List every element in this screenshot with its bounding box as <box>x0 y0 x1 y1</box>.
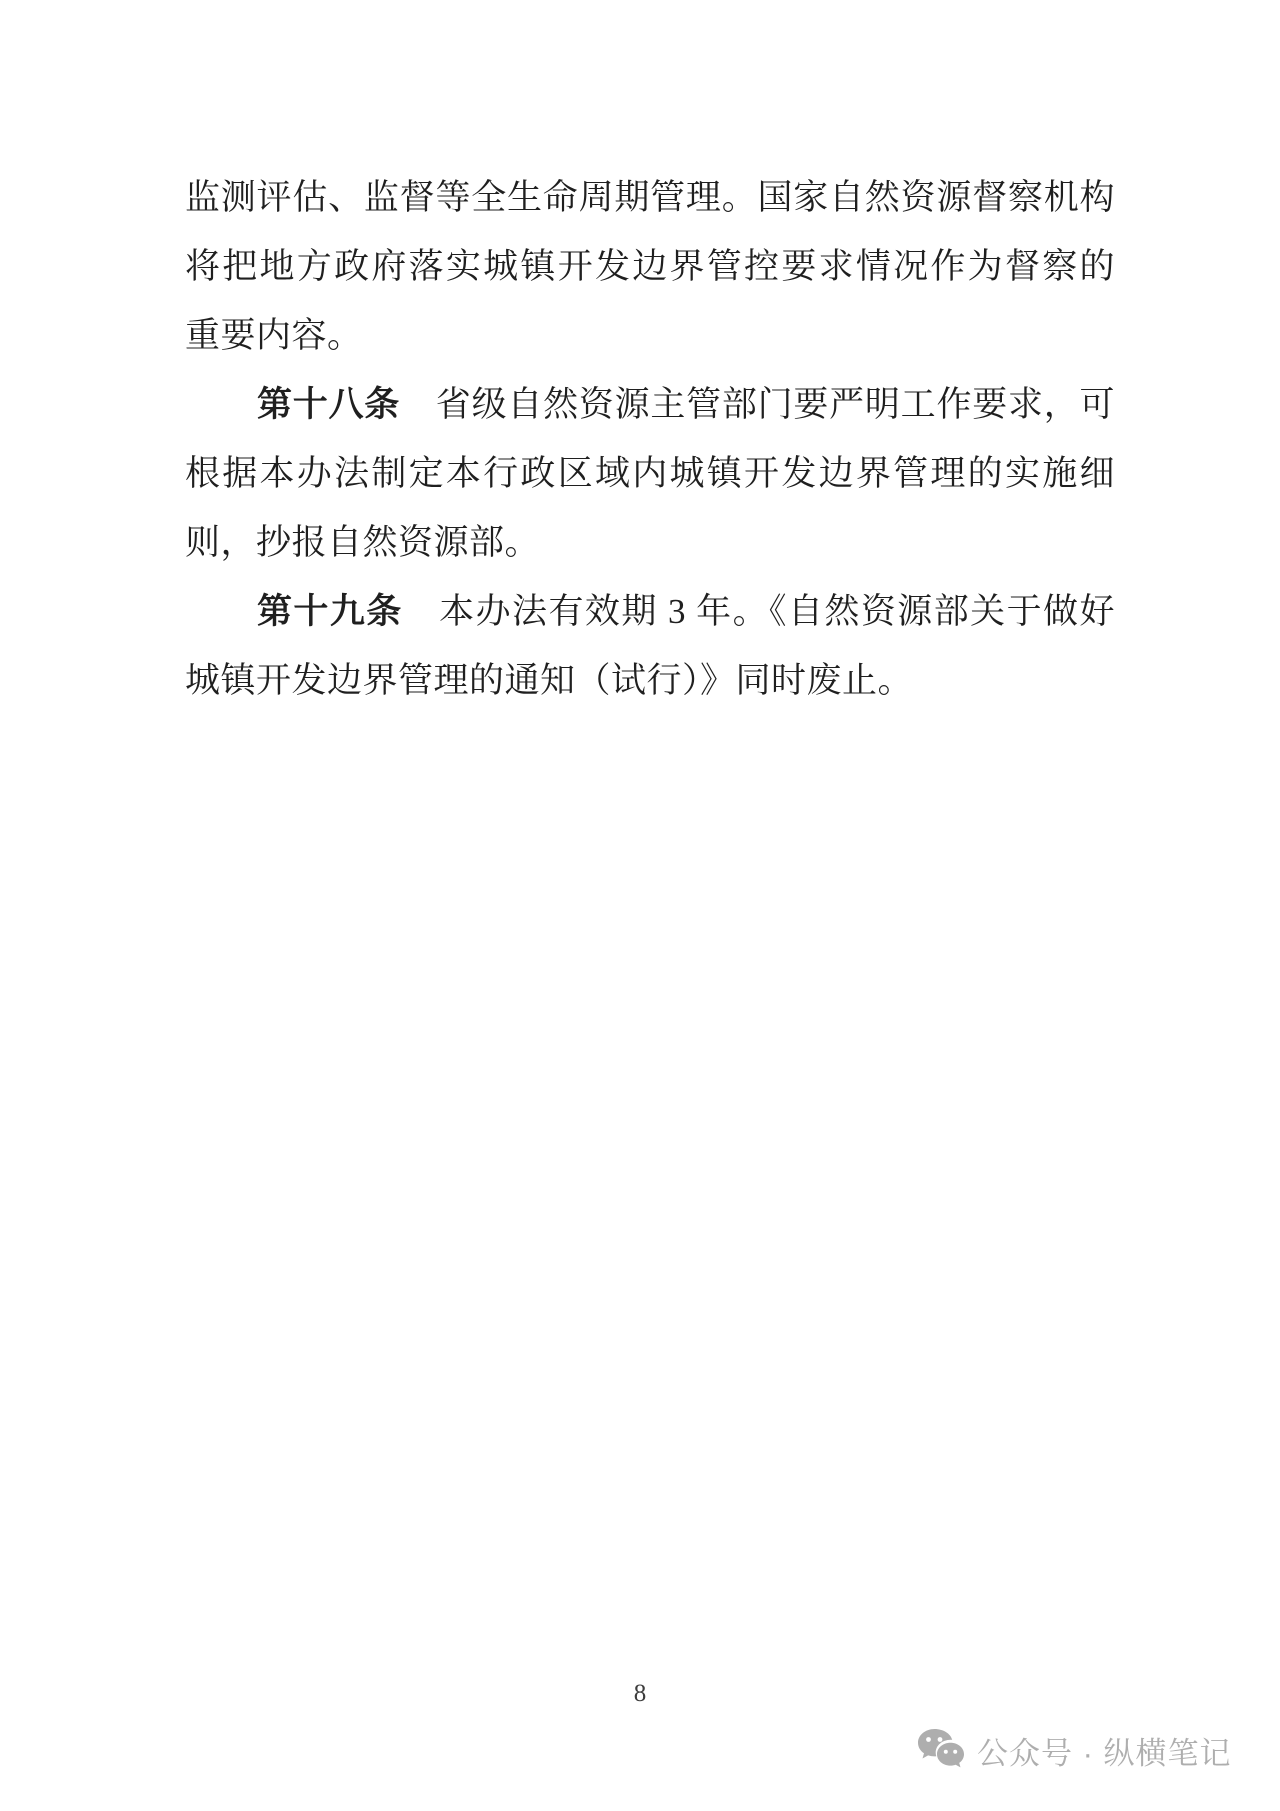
text-line: 将把地方政府落实城镇开发边界管控要求情况作为督察的 <box>185 232 1115 301</box>
document-body: 监测评估、监督等全生命周期管理。国家自然资源督察机构将把地方政府落实城镇开发边界… <box>185 163 1115 715</box>
text-segment: 则，抄报自然资源部。 <box>185 523 540 562</box>
text-line: 监测评估、监督等全生命周期管理。国家自然资源督察机构 <box>185 163 1115 232</box>
text-segment: 将把地方政府落实城镇开发边界管控要求情况作为督察的 <box>185 247 1115 286</box>
page-number: 8 <box>0 1680 1280 1708</box>
text-segment: 本办法有效期 3 年。《自然资源部关于做好 <box>403 592 1115 631</box>
text-line: 重要内容。 <box>185 301 1115 370</box>
article-number: 第十九条 <box>257 592 403 631</box>
document-page: 监测评估、监督等全生命周期管理。国家自然资源督察机构将把地方政府落实城镇开发边界… <box>0 0 1280 1811</box>
text-line: 则，抄报自然资源部。 <box>185 508 1115 577</box>
watermark: 公众号 · 纵横笔记 <box>916 1726 1232 1774</box>
text-line: 根据本办法制定本行政区域内城镇开发边界管理的实施细 <box>185 439 1115 508</box>
text-segment: 监测评估、监督等全生命周期管理。国家自然资源督察机构 <box>185 178 1115 217</box>
text-segment: 城镇开发边界管理的通知（试行）》同时废止。 <box>185 661 913 700</box>
text-line: 第十九条 本办法有效期 3 年。《自然资源部关于做好 <box>185 577 1115 646</box>
text-segment: 重要内容。 <box>185 316 363 355</box>
text-line: 城镇开发边界管理的通知（试行）》同时废止。 <box>185 646 1115 715</box>
article-number: 第十八条 <box>257 385 400 424</box>
text-segment: 省级自然资源主管部门要严明工作要求，可 <box>400 385 1115 424</box>
watermark-label: 公众号 · 纵横笔记 <box>977 1728 1232 1773</box>
text-line: 第十八条 省级自然资源主管部门要严明工作要求，可 <box>185 370 1115 439</box>
text-segment: 根据本办法制定本行政区域内城镇开发边界管理的实施细 <box>185 454 1115 493</box>
wechat-icon <box>916 1727 964 1773</box>
